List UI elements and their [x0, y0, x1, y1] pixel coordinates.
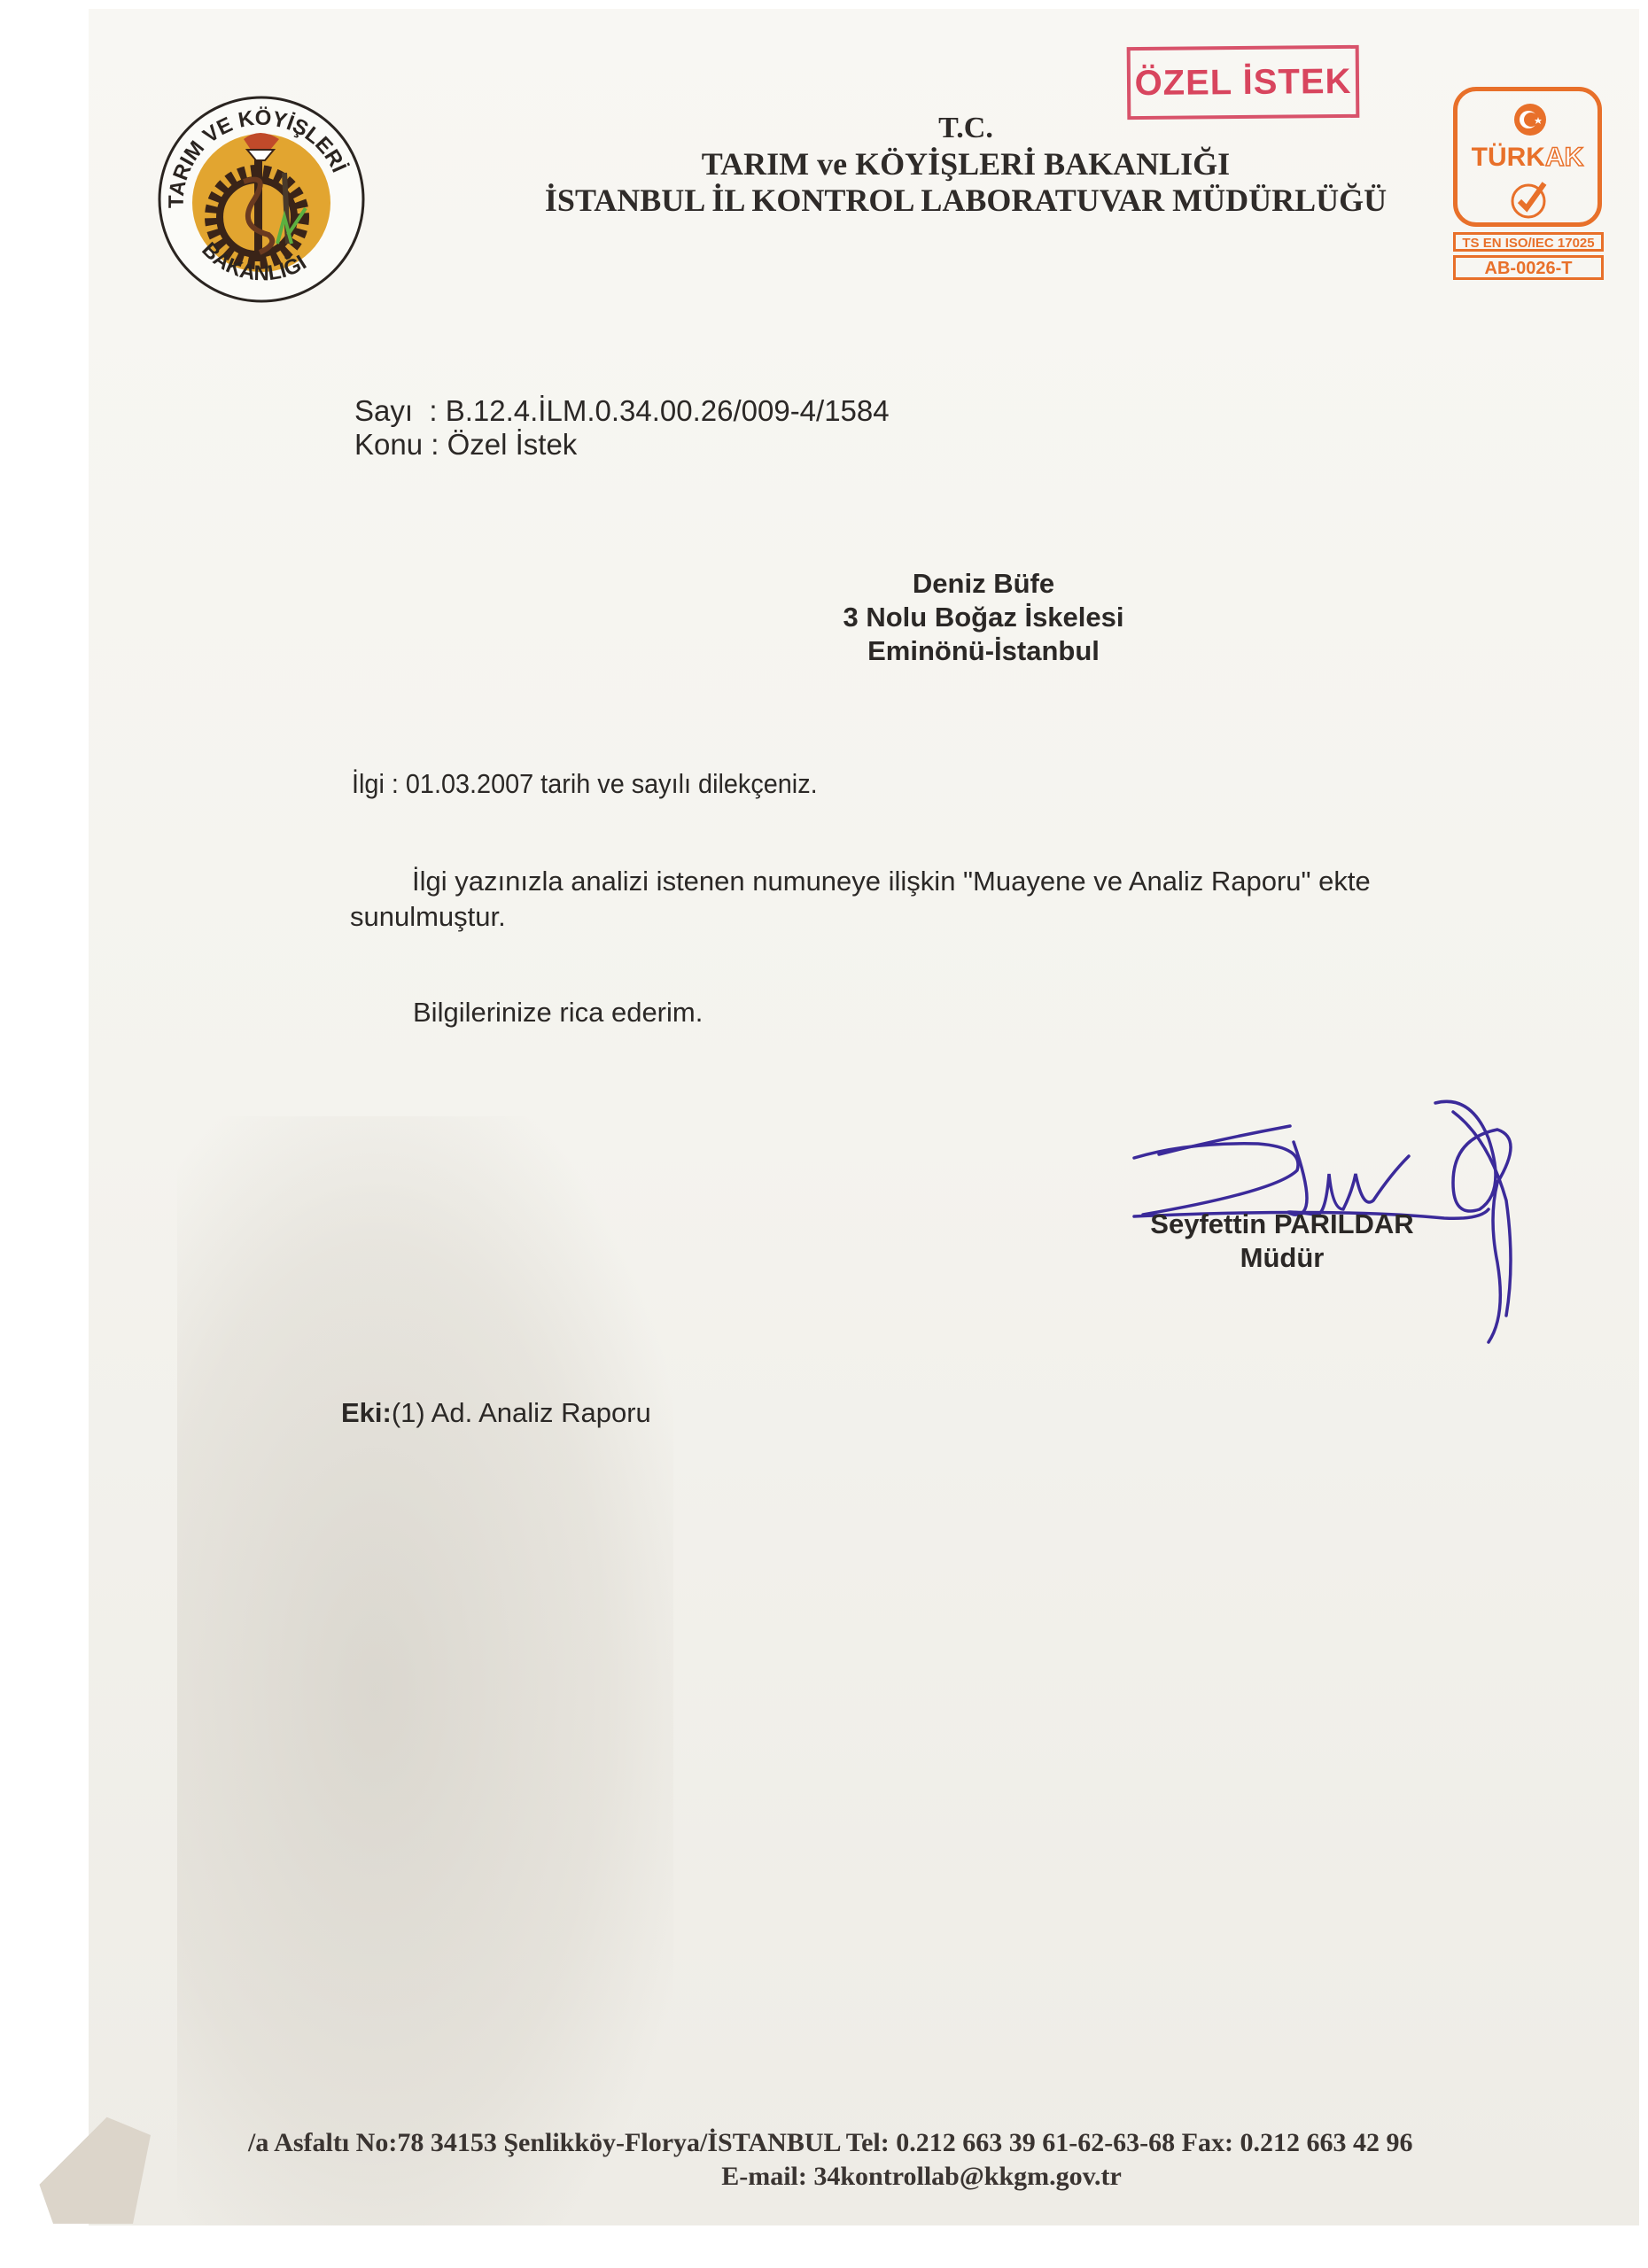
closing-line: Bilgilerinize rica ederim.	[413, 997, 703, 1029]
signatory-name: Seyfettin PARILDAR	[1136, 1208, 1428, 1241]
signatory-block: Seyfettin PARILDAR Müdür	[1136, 1208, 1428, 1275]
header-ministry: TARIM ve KÖYİŞLERİ BAKANLIĞI	[496, 146, 1435, 182]
body-paragraph-rest: sunulmuştur.	[350, 899, 1493, 935]
turkak-wordmark: TÜRKAK	[1458, 143, 1597, 173]
header-directorate: İSTANBUL İL KONTROL LABORATUVAR MÜDÜRLÜĞ…	[496, 182, 1435, 219]
turkak-badge: TÜRKAK	[1453, 87, 1602, 227]
reference-block: Sayı : B.12.4.İLM.0.34.00.26/009-4/1584 …	[354, 394, 890, 462]
sayi-line: Sayı : B.12.4.İLM.0.34.00.26/009-4/1584	[354, 394, 890, 428]
recipient-city: Eminönü-İstanbul	[780, 634, 1187, 668]
footer-address: /a Asfaltı No:78 34153 Şenlikköy-Florya/…	[248, 2126, 1595, 2160]
letterhead: T.C. TARIM ve KÖYİŞLERİ BAKANLIĞI İSTANB…	[496, 111, 1435, 219]
signatory-title: Müdür	[1136, 1241, 1428, 1275]
turkak-accreditation-logo: TÜRKAK TS EN ISO/IEC 17025 AB-0026-T	[1453, 87, 1604, 280]
konu-value: Özel İstek	[447, 428, 578, 461]
attachment-line: Eki:(1) Ad. Analiz Raporu	[341, 1397, 651, 1429]
konu-line: Konu : Özel İstek	[354, 428, 890, 462]
iso-standard-label: TS EN ISO/IEC 17025	[1453, 232, 1604, 252]
sayi-value: B.12.4.İLM.0.34.00.26/009-4/1584	[446, 394, 890, 427]
letterhead-footer: /a Asfaltı No:78 34153 Şenlikköy-Florya/…	[248, 2126, 1595, 2194]
crescent-star-icon	[1512, 102, 1548, 137]
accreditation-code: AB-0026-T	[1453, 255, 1604, 280]
recipient-street: 3 Nolu Boğaz İskelesi	[780, 601, 1187, 634]
special-request-stamp: ÖZEL İSTEK	[1127, 45, 1360, 120]
scan-shadow	[177, 1116, 673, 2225]
ilgi-line: İlgi : 01.03.2007 tarih ve sayılı dilekç…	[352, 768, 818, 800]
footer-email: E-mail: 34kontrollab@kkgm.gov.tr	[248, 2160, 1595, 2194]
recipient-address: Deniz Büfe 3 Nolu Boğaz İskelesi Eminönü…	[780, 567, 1187, 668]
check-circle-icon	[1509, 178, 1551, 221]
attachment-text: (1) Ad. Analiz Raporu	[392, 1397, 651, 1428]
konu-label: Konu	[354, 428, 423, 461]
body-paragraph: İlgi yazınızla analizi istenen numuneye …	[350, 864, 1493, 935]
ministry-seal-icon: TARIM VE KÖYİŞLERİ BAKANLIĞI	[155, 93, 368, 306]
attachment-label: Eki:	[341, 1397, 392, 1428]
body-paragraph-first-line: İlgi yazınızla analizi istenen numuneye …	[350, 864, 1493, 899]
sayi-label: Sayı	[354, 394, 413, 427]
recipient-name: Deniz Büfe	[780, 567, 1187, 601]
